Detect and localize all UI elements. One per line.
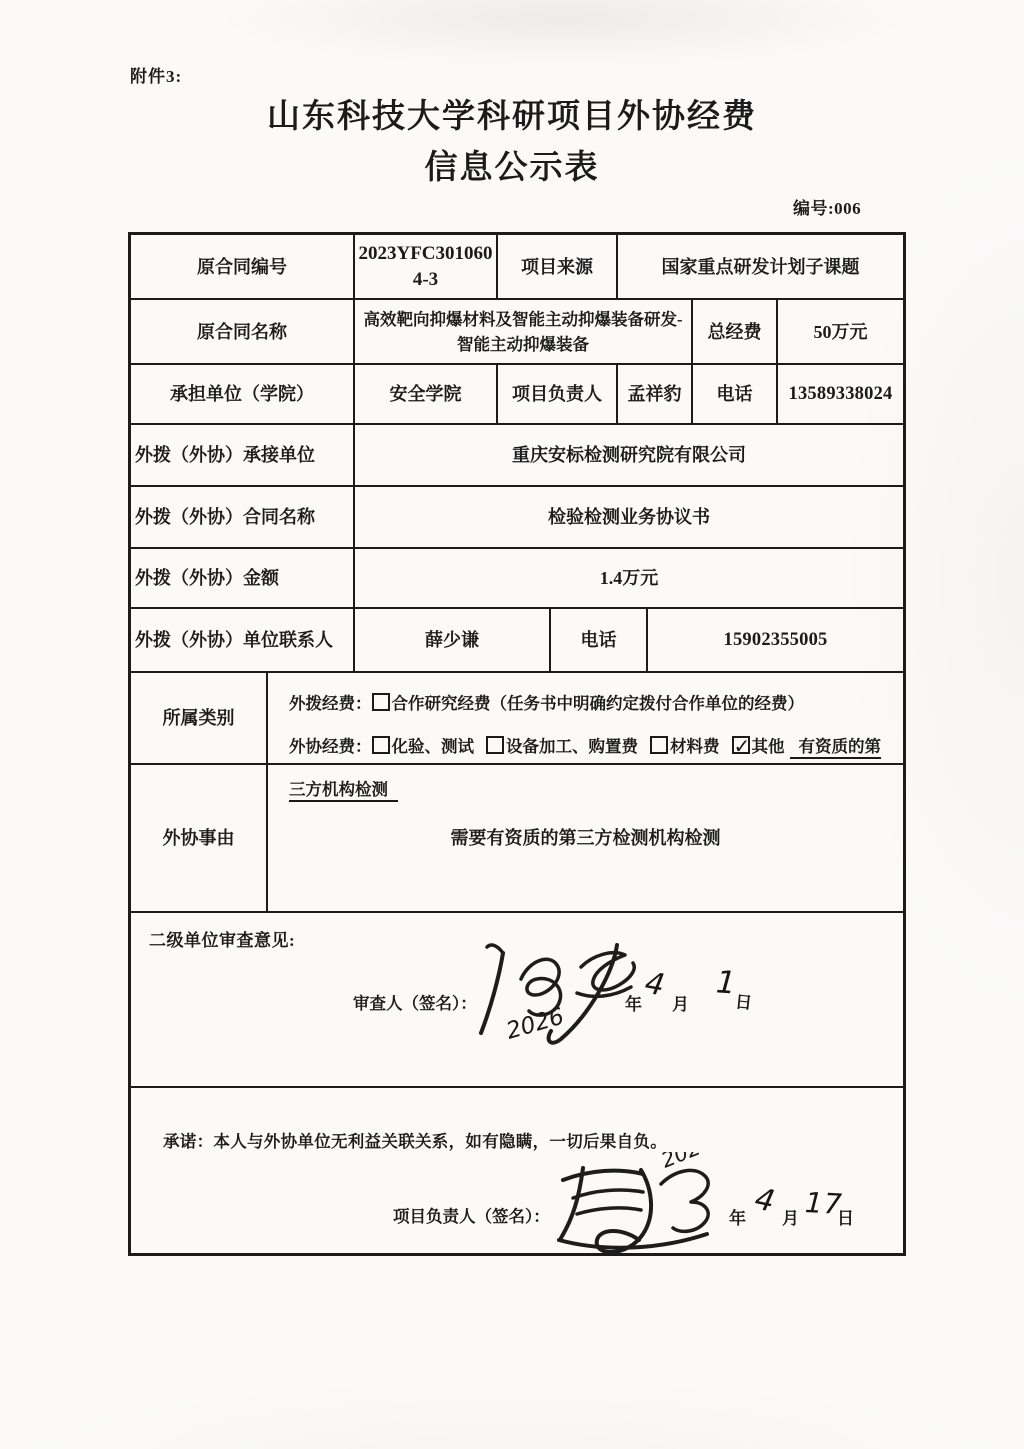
reason-value: 需要有资质的第三方检测机构检测	[268, 765, 903, 913]
category-option-cooperative: 合作研究经费（任务书中明确约定拨付合作单位的经费）	[392, 694, 805, 713]
doc-number: 编号:006	[793, 194, 861, 219]
reviewer-signature-year-note: 2026	[503, 1004, 566, 1045]
category-option-material: 材料费	[670, 737, 720, 756]
total-budget-value: 50万元	[778, 300, 903, 365]
outsourcing-contract-label: 外拨（外协）合同名称	[131, 487, 355, 549]
category-line2-prefix: 外协经费：	[289, 737, 372, 756]
commitment-handwritten-month: 4	[753, 1187, 777, 1214]
leader-signature-year-note: 2024	[658, 1152, 717, 1173]
total-budget-label: 总经费	[693, 300, 778, 365]
row-reason: 外协事由 需要有资质的第三方检测机构检测	[131, 765, 903, 913]
review-month-char: 月	[672, 993, 689, 1017]
outsourcing-contact-label: 外拨（外协）单位联系人	[131, 609, 355, 673]
reviewer-signer-label: 审查人（签名）：	[353, 992, 477, 1016]
leader-signer-label: 项目负责人（签名）：	[393, 1205, 550, 1229]
form-title-line1: 山东科技大学科研项目外协经费	[0, 92, 1024, 143]
commitment-day-char: 日	[837, 1207, 854, 1231]
review-handwritten-day: 1	[715, 970, 736, 995]
review-year-char: 年	[625, 993, 642, 1017]
leader-signature: 2024	[549, 1152, 721, 1254]
category-content: 外拨经费：合作研究经费（任务书中明确约定拨付合作单位的经费） 外协经费：化验、测…	[268, 673, 903, 765]
project-source-value: 国家重点研发计划子课题	[618, 235, 903, 300]
row-outsourcing-contact: 外拨（外协）单位联系人 薛少谦 电话 15902355005	[131, 609, 903, 673]
row-undertaking-unit: 承担单位（学院） 安全学院 项目负责人 孟祥豹 电话 13589338024	[131, 365, 903, 425]
project-leader-label: 项目负责人	[498, 365, 618, 425]
attachment-label: 附件3:	[130, 62, 182, 87]
row-contract-name: 原合同名称 高效靶向抑爆材料及智能主动抑爆装备研发-智能主动抑爆装备 总经费 5…	[131, 300, 903, 365]
outsourcing-amount-value: 1.4万元	[355, 549, 903, 609]
contract-no-value: 2023YFC3010604-3	[355, 235, 498, 300]
leader-phone-label: 电话	[693, 365, 778, 425]
category-option-test: 化验、测试	[392, 737, 475, 756]
category-label: 所属类别	[131, 673, 268, 765]
outsourcing-contact-value: 薛少谦	[355, 609, 551, 673]
reason-label: 外协事由	[131, 765, 268, 913]
outsourcing-amount-label: 外拨（外协）金额	[131, 549, 355, 609]
review-section: 二级单位审查意见: 审查人（签名）： 2026 年 4 月 1 日	[131, 913, 903, 1088]
row-outsourcing-contract: 外拨（外协）合同名称 检验检测业务协议书	[131, 487, 903, 549]
commitment-text: 承诺：本人与外协单位无利益关联关系，如有隐瞒，一切后果自负。	[163, 1130, 667, 1154]
checkbox-equipment-icon	[486, 736, 504, 754]
outsourcing-unit-label: 外拨（外协）承接单位	[131, 425, 355, 487]
undertaking-unit-value: 安全学院	[355, 365, 498, 425]
row-outsourcing-amount: 外拨（外协）金额 1.4万元	[131, 549, 903, 609]
form-title: 山东科技大学科研项目外协经费 信息公示表	[0, 92, 1024, 194]
row-commitment: 承诺：本人与外协单位无利益关联关系，如有隐瞒，一切后果自负。 项目负责人（签名）…	[131, 1088, 903, 1253]
checkbox-material-icon	[650, 736, 668, 754]
review-section-label: 二级单位审查意见:	[149, 929, 295, 953]
contract-no-label: 原合同编号	[131, 235, 355, 300]
commitment-section: 承诺：本人与外协单位无利益关联关系，如有隐瞒，一切后果自负。 项目负责人（签名）…	[131, 1088, 903, 1253]
leader-phone-value: 13589338024	[778, 365, 903, 425]
scanned-form-page: 附件3: 山东科技大学科研项目外协经费 信息公示表 编号:006 原合同编号 2…	[0, 0, 1024, 1449]
review-day-char: 日	[734, 990, 753, 1016]
category-option-equipment: 设备加工、购置费	[506, 737, 638, 756]
row-review: 二级单位审查意见: 审查人（签名）： 2026 年 4 月 1 日	[131, 913, 903, 1088]
contract-name-value: 高效靶向抑爆材料及智能主动抑爆装备研发-智能主动抑爆装备	[355, 300, 693, 365]
commitment-year-char: 年	[729, 1207, 746, 1231]
contact-phone-label: 电话	[551, 609, 648, 673]
form-title-line2: 信息公示表	[0, 143, 1024, 194]
category-line1: 外拨经费：合作研究经费（任务书中明确约定拨付合作单位的经费）	[289, 682, 897, 725]
row-category: 所属类别 外拨经费：合作研究经费（任务书中明确约定拨付合作单位的经费） 外协经费…	[131, 673, 903, 765]
outsourcing-unit-value: 重庆安标检测研究院有限公司	[355, 425, 903, 487]
category-option-other: 其他	[752, 737, 785, 756]
outsourcing-contract-value: 检验检测业务协议书	[355, 487, 903, 549]
checkbox-cooperative-icon	[372, 693, 390, 711]
commitment-month-char: 月	[782, 1207, 799, 1231]
row-contract-no: 原合同编号 2023YFC3010604-3 项目来源 国家重点研发计划子课题	[131, 235, 903, 300]
checkbox-other-icon	[732, 736, 750, 754]
project-leader-value: 孟祥豹	[618, 365, 693, 425]
checkbox-test-icon	[372, 736, 390, 754]
contact-phone-value: 15902355005	[648, 609, 903, 673]
undertaking-unit-label: 承担单位（学院）	[131, 365, 355, 425]
review-handwritten-month: 4	[643, 972, 666, 999]
contract-name-label: 原合同名称	[131, 300, 355, 365]
form-table: 原合同编号 2023YFC3010604-3 项目来源 国家重点研发计划子课题 …	[128, 232, 906, 1256]
row-outsourcing-unit: 外拨（外协）承接单位 重庆安标检测研究院有限公司	[131, 425, 903, 487]
project-source-label: 项目来源	[498, 235, 618, 300]
category-line1-prefix: 外拨经费：	[289, 694, 372, 713]
